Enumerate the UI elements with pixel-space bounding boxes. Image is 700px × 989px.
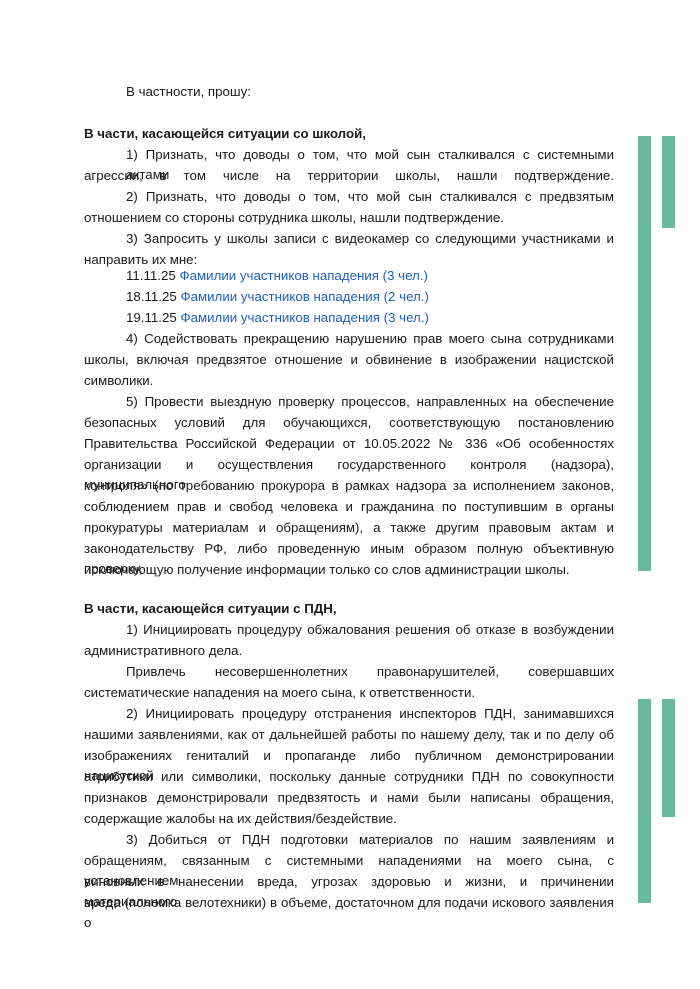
incident-row: 19.11.25 Фамилии участников нападения (3…: [84, 308, 614, 328]
paragraph-line: исключающую получение информации только …: [84, 560, 614, 580]
paragraph-line: вреда (поломка велотехники) в объеме, до…: [84, 893, 614, 933]
incident-date: 19.11.25: [126, 310, 177, 325]
paragraph-line: атрибутики или символики, поскольку данн…: [84, 767, 614, 787]
paragraph-line: административного дела.: [84, 641, 614, 661]
change-marker-bar: [662, 699, 675, 817]
paragraph-line: Правительства Российской Федерации от 10…: [84, 434, 614, 454]
incident-participants-link[interactable]: Фамилии участников нападения (3 чел.): [180, 310, 428, 325]
paragraph-line: безопасных условий для обучающихся, соот…: [84, 413, 614, 433]
paragraph-line: школы, включая предвзятое отношение и об…: [84, 350, 614, 370]
paragraph-line: 4) Содействовать прекращению нарушению п…: [84, 329, 614, 349]
section-heading-school: В части, касающейся ситуации со школой,: [84, 124, 614, 144]
paragraph-line: систематические нападения на моего сына,…: [84, 683, 614, 703]
incident-row: 18.11.25 Фамилии участников нападения (2…: [84, 287, 614, 307]
paragraph-line: 1) Инициировать процедуру обжалования ре…: [84, 620, 614, 640]
incident-date: 18.11.25: [126, 289, 177, 304]
paragraph-line: соблюдением прав и свобод человека и гра…: [84, 497, 614, 517]
intro-text: В частности, прошу:: [84, 82, 614, 102]
paragraph-line: признаков демонстрировали предвзятость и…: [84, 788, 614, 808]
incident-participants-link[interactable]: Фамилии участников нападения (2 чел.): [180, 289, 428, 304]
paragraph-line: символики.: [84, 371, 614, 391]
paragraph-line: Привлечь несовершеннолетних правонарушит…: [84, 662, 614, 682]
paragraph-line: 5) Провести выездную проверку процессов,…: [84, 392, 614, 412]
paragraph-line: 3) Добиться от ПДН подготовки материалов…: [84, 830, 614, 850]
paragraph-line: агрессии, в том числе на территории школ…: [84, 166, 614, 186]
paragraph-line: контроля» (по требованию прокурора в рам…: [84, 476, 614, 496]
paragraph-line: 3) Запросить у школы записи с видеокамер…: [84, 229, 614, 249]
paragraph-line: нашими заявлениями, как от дальнейшей ра…: [84, 725, 614, 745]
change-marker-bar: [638, 136, 651, 571]
incident-participants-link[interactable]: Фамилии участников нападения (3 чел.): [180, 268, 428, 283]
paragraph-line: 2) Признать, что доводы о том, что мой с…: [84, 187, 614, 207]
incident-row: 11.11.25 Фамилии участников нападения (3…: [84, 266, 614, 286]
paragraph-line: прокуратуры материалам и обращениям), а …: [84, 518, 614, 538]
incident-date: 11.11.25: [126, 268, 176, 283]
paragraph-line: содержащие жалобы на их действия/бездейс…: [84, 809, 614, 829]
change-marker-bar: [638, 699, 651, 903]
paragraph-line: 2) Инициировать процедуру отстранения ин…: [84, 704, 614, 724]
section-heading-pdn: В части, касающейся ситуации с ПДН,: [84, 599, 614, 619]
change-marker-bar: [662, 136, 675, 228]
paragraph-line: отношением со стороны сотрудника школы, …: [84, 208, 614, 228]
